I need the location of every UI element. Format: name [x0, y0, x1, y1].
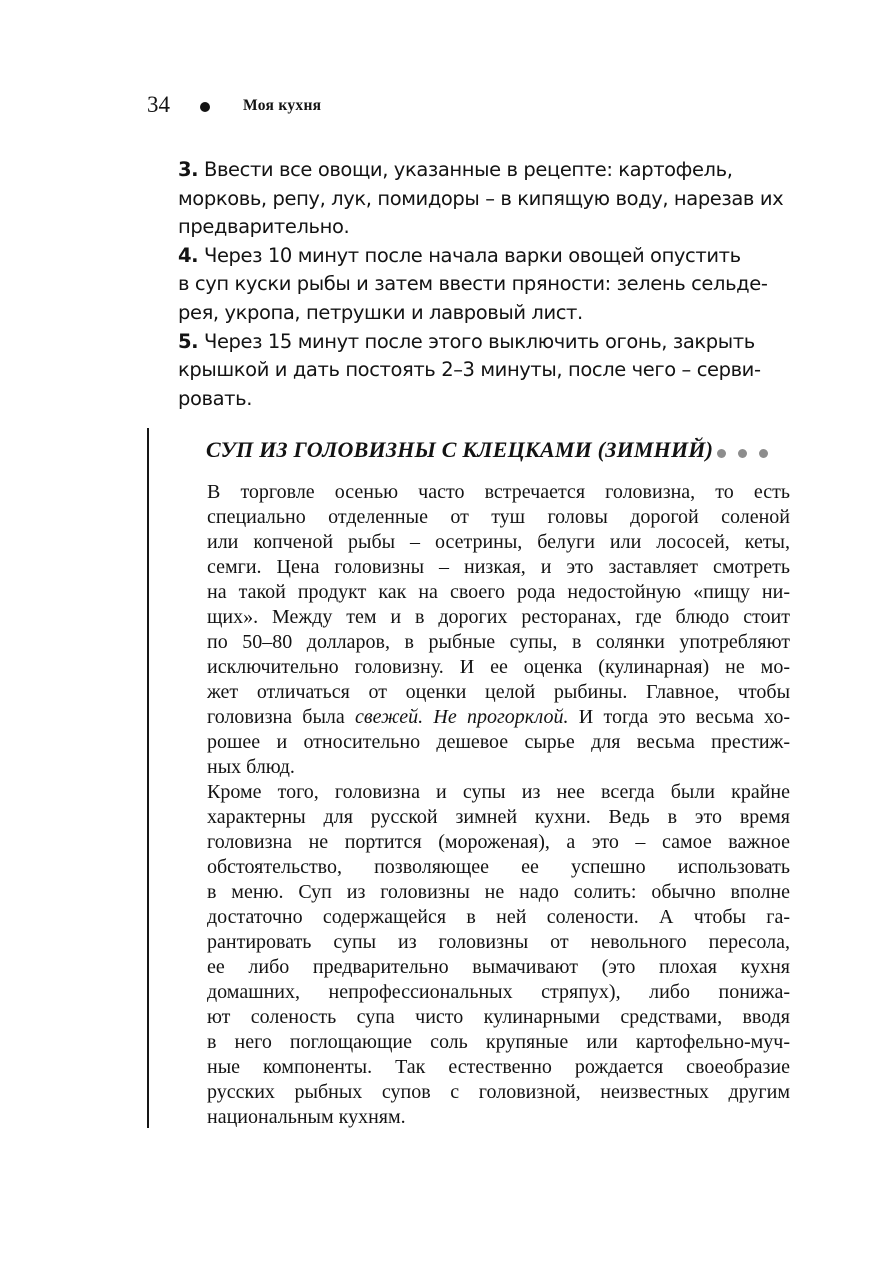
text-line: головизна не портится (мороженая), а это…	[207, 830, 790, 855]
text-line: по 50–80 долларов, в рыбные супы, в соля…	[207, 630, 790, 655]
paragraph: В торговле осенью часто встречается голо…	[207, 480, 790, 780]
text-line: рея, укропа, петрушки и лавровый лист.	[178, 299, 818, 328]
text-line: крышкой и дать постоять 2–3 минуты, посл…	[178, 356, 818, 385]
text-line: характерны для русской зимней кухни. Вед…	[207, 805, 790, 830]
text-line: домашних, непрофессиональных стряпух), л…	[207, 980, 790, 1005]
page-number: 34	[147, 93, 170, 116]
text-line: в меню. Суп из головизны не надо солить:…	[207, 880, 790, 905]
text-line: ее либо предварительно вымачивают (это п…	[207, 955, 790, 980]
text-line: морковь, репу, лук, помидоры – в кипящую…	[178, 185, 818, 214]
text-line: ных блюд.	[207, 755, 790, 780]
text-line: головизна была свежей. Не прогорклой. И …	[207, 705, 790, 730]
section-rule	[147, 428, 149, 1128]
dot-icon	[759, 449, 768, 458]
text-line: жет отличаться от оценки целой рыбины. Г…	[207, 680, 790, 705]
recipe-body: В торговле осенью часто встречается голо…	[207, 480, 790, 1130]
text-line: 5. Через 15 минут после этого выключить …	[178, 328, 818, 357]
text-line: на такой продукт как на своего рода недо…	[207, 580, 790, 605]
bullet-icon	[200, 102, 210, 112]
text-line: ровать.	[178, 385, 818, 414]
text-line: достаточно содержащейся в ней солености.…	[207, 905, 790, 930]
book-page: 34 Моя кухня 3. Ввести все овощи, указан…	[0, 0, 886, 1276]
instruction-list: 3. Ввести все овощи, указанные в рецепте…	[178, 156, 818, 413]
list-item: 4. Через 10 минут после начала варки ово…	[178, 242, 818, 328]
text-line: ют соленость супа чисто кулинарными сред…	[207, 1005, 790, 1030]
text-line: рошее и относительно дешевое сырье для в…	[207, 730, 790, 755]
text-line: обстоятельство, позволяющее ее успешно и…	[207, 855, 790, 880]
dot-icon	[738, 449, 747, 458]
text-line: исключительно головизну. И ее оценка (ку…	[207, 655, 790, 680]
text-line: национальным кухням.	[207, 1105, 790, 1130]
paragraph: Кроме того, головизна и супы из нее всег…	[207, 780, 790, 1130]
text-line: 3. Ввести все овощи, указанные в рецепте…	[178, 156, 818, 185]
text-line: или копченой рыбы – осетрины, белуги или…	[207, 530, 790, 555]
text-line: 4. Через 10 минут после начала варки ово…	[178, 242, 818, 271]
text-line: ные компоненты. Так естественно рождаетс…	[207, 1055, 790, 1080]
text-line: щих». Между тем и в дорогих ресторанах, …	[207, 605, 790, 630]
text-line: в него поглощающие соль крупяные или кар…	[207, 1030, 790, 1055]
text-line: русских рыбных супов с головизной, неизв…	[207, 1080, 790, 1105]
text-line: в суп куски рыбы и затем ввести пряности…	[178, 270, 818, 299]
text-line: рантировать супы из головизны от невольн…	[207, 930, 790, 955]
list-item: 3. Ввести все овощи, указанные в рецепте…	[178, 156, 818, 242]
recipe-title: СУП ИЗ ГОЛОВИЗНЫ С КЛЕЦКАМИ (ЗИМНИЙ)	[206, 437, 713, 463]
book-title: Моя кухня	[243, 98, 321, 114]
text-line: предварительно.	[178, 213, 818, 242]
list-item: 5. Через 15 минут после этого выключить …	[178, 328, 818, 414]
dot-icon	[717, 449, 726, 458]
text-line: семги. Цена головизны – низкая, и это за…	[207, 555, 790, 580]
text-line: В торговле осенью часто встречается голо…	[207, 480, 790, 505]
decoration-dots	[717, 449, 768, 458]
text-line: специально отделенные от туш головы доро…	[207, 505, 790, 530]
text-line: Кроме того, головизна и супы из нее всег…	[207, 780, 790, 805]
